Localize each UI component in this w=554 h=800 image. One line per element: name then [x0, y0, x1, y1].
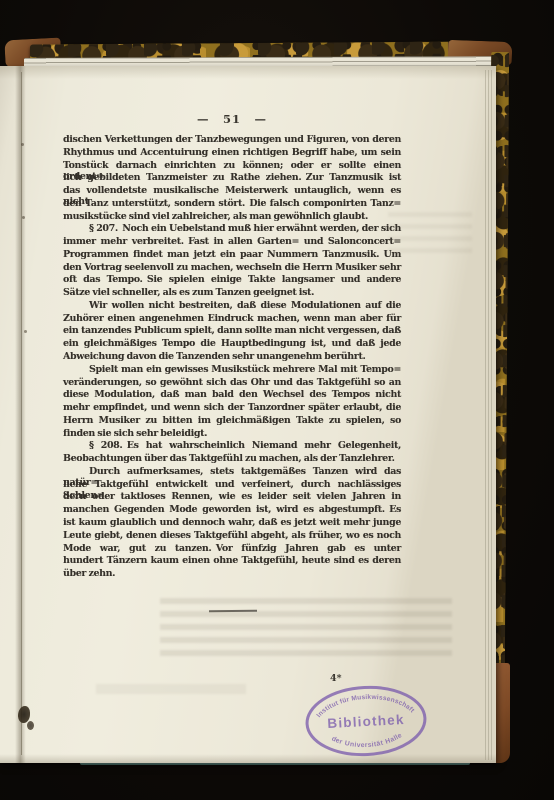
text-line: ein tanzendes Publicum spielt, dann soll… — [63, 325, 401, 338]
book-page: — 51 — dischen Verkettungen der Tanzbewe… — [0, 66, 496, 763]
section-divider-rule — [209, 610, 257, 613]
text-line: liche Taktgefühl entwickelt und verfeine… — [63, 479, 401, 492]
text-line: dern oder taktloses Rennen, wie es leide… — [63, 491, 401, 504]
printer-signature-mark: 4* — [330, 673, 342, 684]
text-line: Beobachtungen über das Taktgefühl zu mac… — [63, 453, 401, 466]
text-line: das vollendetste musikalische Meisterwer… — [63, 185, 401, 198]
text-line: den Vortrag seelenvoll zu machen, wechse… — [63, 262, 401, 275]
text-line: diese Modulation, daß man bald den Wechs… — [63, 389, 401, 402]
text-line: ist kaum glaublich und dennoch wahr, daß… — [63, 517, 401, 530]
text-line: Abweichung davon die Tanzenden sehr unan… — [63, 351, 401, 364]
text-line: Rhythmus und Accentuirung einen richtige… — [63, 147, 401, 160]
text-line: Zuhörer einen angenehmen Eindruck machen… — [63, 313, 401, 326]
text-line: Spielt man ein gewisses Musikstück mehre… — [63, 364, 401, 377]
page-number: — 51 — — [63, 112, 401, 126]
text-line: finden sie sich sehr beleidigt. — [63, 428, 401, 441]
stamp-arc-bottom-text: der Universität Halle — [330, 732, 404, 751]
text-line: lich gebildeten Tanzmeister zu Rathe zie… — [63, 172, 401, 185]
stamp-center-text: Bibliothek — [327, 712, 405, 731]
text-line: oft das Tempo. Sie spielen einige Takte … — [63, 274, 401, 287]
ink-blemish — [27, 721, 34, 730]
text-line: veränderungen, so gewöhnt sich das Ohr u… — [63, 377, 401, 390]
text-line: über zehn. — [63, 568, 401, 581]
text-line: dischen Verkettungen der Tanzbewegungen … — [63, 134, 401, 147]
text-line: manchen Gegenden Mode geworden ist, wird… — [63, 504, 401, 517]
text-line: den Tanz unterstützt, sondern stört. Die… — [63, 198, 401, 211]
body-text: dischen Verkettungen der Tanzbewegungen … — [63, 134, 401, 581]
paper-speck — [22, 216, 25, 219]
library-stamp: Institut für Musikwissenschaft Bibliothe… — [300, 680, 432, 763]
text-line: mehr empfindet, und wenn sich der Tanzor… — [63, 402, 401, 415]
text-line: § 208. Es hat wahrscheinlich Niemand meh… — [63, 440, 401, 453]
paper-speck — [24, 330, 27, 333]
verso-show-through — [96, 684, 246, 694]
text-line: Programmen findet man jetzt ein paar Num… — [63, 249, 401, 262]
text-line: Durch aufmerksames, stets taktgemäßes Ta… — [63, 466, 401, 479]
page-gutter-line — [21, 72, 22, 755]
text-line: Leute giebt, denen dieses Taktgefühl abg… — [63, 530, 401, 543]
text-line: Sätze viel schneller, als es zum Tanzen … — [63, 287, 401, 300]
text-line: Wir wollen nicht bestreiten, daß diese M… — [63, 300, 401, 313]
svg-text:der Universität Halle: der Universität Halle — [330, 732, 404, 751]
book-photo-scene: — 51 — dischen Verkettungen der Tanzbewe… — [0, 0, 554, 800]
text-line: hundert Tänzern kaum einen ohne Taktgefü… — [63, 555, 401, 568]
library-stamp-oval: Institut für Musikwissenschaft Bibliothe… — [300, 680, 432, 763]
text-line: § 207. Noch ein Uebelstand muß hier erwä… — [63, 223, 401, 236]
text-line: Tonstück darnach einrichten zu können; o… — [63, 160, 401, 173]
paper-speck — [21, 143, 24, 146]
text-line: musikstücke sind viel zahlreicher, als m… — [63, 211, 401, 224]
text-line: immer mehr verbreitet. Fast in allen Gar… — [63, 236, 401, 249]
text-line: ein gleichmäßiges Tempo die Hauptbedingu… — [63, 338, 401, 351]
verso-show-through — [160, 598, 452, 662]
text-line: Mode war, gut zu tanzen. Vor fünfzig Jah… — [63, 543, 401, 556]
text-line: Herrn Musiker zu bitten im gleichmäßigen… — [63, 415, 401, 428]
